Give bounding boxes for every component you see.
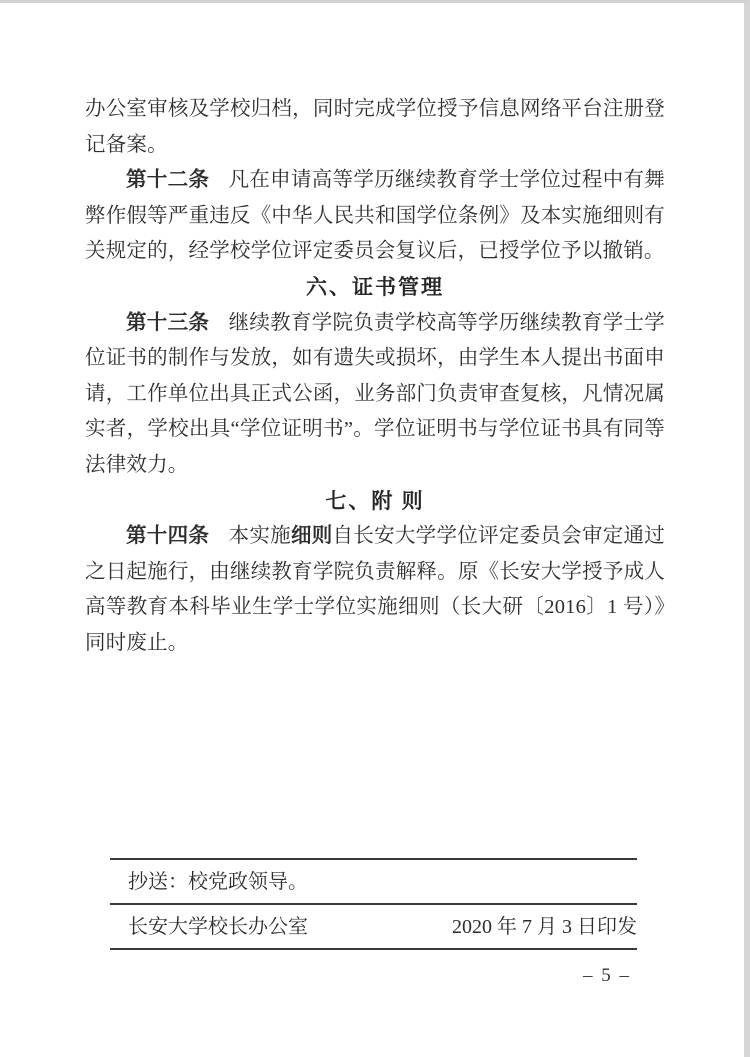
article-13-text: 继续教育学院负责学校高等学历继续教育学士学位证书的制作与发放，如有遗失或损坏，由… [85, 312, 665, 476]
article-14-text-pre: 本实施 [229, 525, 291, 547]
article-14-emphasis: 细则 [291, 525, 333, 547]
document-footer: 抄送：校党政领导。 长安大学校长办公室 2020 年 7 月 3 日印发 [110, 858, 637, 950]
issue-date: 2020 年 7 月 3 日印发 [452, 916, 637, 938]
document-body: 办公室审核及学校归档，同时完成学位授予信息网络平台注册登记备案。 第十二条凡在申… [85, 92, 665, 662]
section-heading-supplementary-provisions: 七、附 则 [85, 484, 665, 520]
paragraph-article-14: 第十四条本实施细则自长安大学学位评定委员会审定通过之日起施行，由继续教育学院负责… [85, 519, 665, 661]
article-13-number: 第十三条 [126, 312, 209, 334]
issuing-office: 长安大学校长办公室 [128, 916, 308, 938]
page-number: – 5 – [583, 965, 631, 987]
issue-row: 长安大学校长办公室 2020 年 7 月 3 日印发 [110, 905, 637, 948]
paragraph-article-12: 第十二条凡在申请高等学历继续教育学士学位过程中有舞弊作假等严重违反《中华人民共和… [85, 163, 665, 270]
footer-rule-bottom [110, 948, 637, 950]
article-12-number: 第十二条 [126, 169, 209, 191]
article-14-number: 第十四条 [126, 525, 209, 547]
document-page: 办公室审核及学校归档，同时完成学位授予信息网络平台注册登记备案。 第十二条凡在申… [0, 0, 750, 1057]
cc-line: 抄送：校党政领导。 [110, 860, 637, 903]
paragraph-article-13: 第十三条继续教育学院负责学校高等学历继续教育学士学位证书的制作与发放，如有遗失或… [85, 306, 665, 484]
section-heading-certificate-management: 六、证书管理 [85, 270, 665, 306]
paragraph-continuation: 办公室审核及学校归档，同时完成学位授予信息网络平台注册登记备案。 [85, 92, 665, 163]
